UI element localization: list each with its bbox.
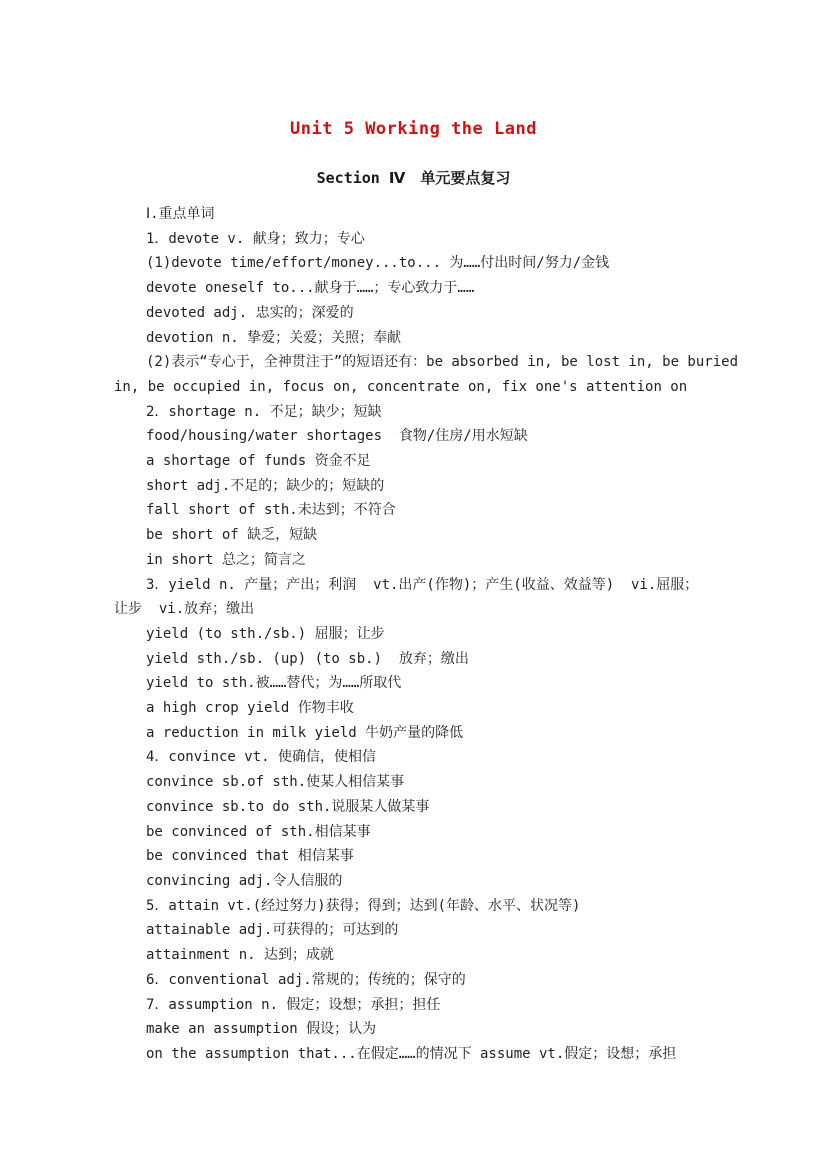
text-line: on the assumption that...在假定……的情况下 assum… (114, 1042, 713, 1067)
text-line: a shortage of funds 资金不足 (114, 449, 713, 474)
text-line: 4．convince vt. 使确信，使相信 (114, 745, 713, 770)
text-line: fall short of sth.未达到；不符合 (114, 498, 713, 523)
text-line: devoted adj. 忠实的；深爱的 (114, 301, 713, 326)
text-line: convince sb.of sth.使某人相信某事 (114, 770, 713, 795)
text-line: yield sth./sb. (up) (to sb.) 放弃；缴出 (114, 647, 713, 672)
text-line: short adj.不足的；缺少的；短缺的 (114, 474, 713, 499)
section-heading: Section Ⅳ 单元要点复习 (114, 167, 713, 189)
text-line: (2)表示“专心于，全神贯注于”的短语还有：be absorbed in, be… (114, 350, 713, 375)
text-line: make an assumption 假设；认为 (114, 1017, 713, 1042)
page-title: Unit 5 Working the Land (114, 118, 713, 140)
text-line: 5．attain vt.(经过努力)获得；得到；达到(年龄、水平、状况等) (114, 894, 713, 919)
text-line: in, be occupied in, focus on, concentrat… (114, 375, 713, 400)
text-line: in short 总之；简言之 (114, 548, 713, 573)
text-line: food/housing/water shortages 食物/住房/用水短缺 (114, 424, 713, 449)
text-line: convincing adj.令人信服的 (114, 869, 713, 894)
text-line: a high crop yield 作物丰收 (114, 696, 713, 721)
text-line: devotion n. 挚爱；关爱；关照；奉献 (114, 326, 713, 351)
text-line: attainment n. 达到；成就 (114, 943, 713, 968)
text-line: be convinced that 相信某事 (114, 844, 713, 869)
text-line: be convinced of sth.相信某事 (114, 820, 713, 845)
text-line: (1)devote time/effort/money...to... 为……付… (114, 251, 713, 276)
text-line: be short of 缺乏，短缺 (114, 523, 713, 548)
text-line: 让步 vi.放弃；缴出 (114, 597, 713, 622)
text-line: a reduction in milk yield 牛奶产量的降低 (114, 721, 713, 746)
text-line: yield (to sth./sb.) 屈服；让步 (114, 622, 713, 647)
document-body: Ⅰ.重点单词1．devote v. 献身；致力；专心(1)devote time… (114, 202, 713, 1067)
text-line: devote oneself to...献身于……；专心致力于…… (114, 276, 713, 301)
text-line: 7．assumption n. 假定；设想；承担；担任 (114, 993, 713, 1018)
text-line: 2．shortage n. 不足；缺少；短缺 (114, 400, 713, 425)
text-line: Ⅰ.重点单词 (114, 202, 713, 227)
text-line: 3．yield n. 产量；产出；利润 vt.出产(作物)；产生(收益、效益等)… (114, 573, 713, 598)
text-line: 6．conventional adj.常规的；传统的；保守的 (114, 968, 713, 993)
text-line: convince sb.to do sth.说服某人做某事 (114, 795, 713, 820)
text-line: attainable adj.可获得的；可达到的 (114, 918, 713, 943)
text-line: yield to sth.被……替代；为……所取代 (114, 671, 713, 696)
text-line: 1．devote v. 献身；致力；专心 (114, 227, 713, 252)
document-page: Unit 5 Working the Land Section Ⅳ 单元要点复习… (0, 0, 827, 1169)
